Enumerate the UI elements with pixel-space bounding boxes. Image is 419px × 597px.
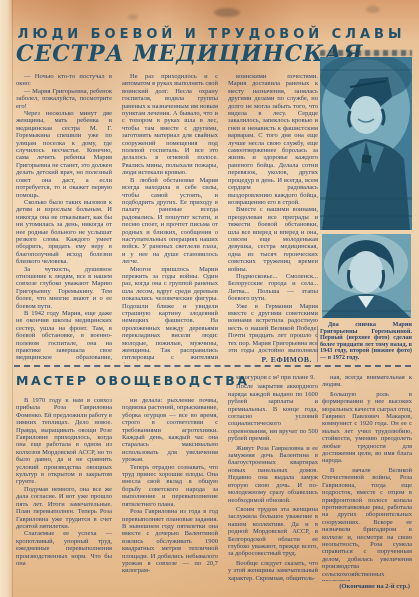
- article1-column-3: воинскими почестями. Мария доставила ран…: [228, 73, 318, 363]
- article2-column-4-text: ная, всегда внимательная к людям.Большую…: [322, 374, 412, 581]
- article2-column-2: ни делала: рыхление почвы, подвязка раст…: [122, 397, 218, 590]
- article2-column-1: В 1970 году к нам в совхоз прибыла Роза …: [16, 397, 112, 590]
- section-kicker: ЛЮДИ БОЕВОЙ И ТРУДОВОЙ СЛАВЫ: [14, 27, 409, 42]
- article1-column-3-text: воинскими почестями. Мария доставила ран…: [228, 73, 318, 353]
- photo-caption: Два снимка Марии Григорьевны Горемыкиной…: [320, 322, 412, 364]
- article1-title: СЕСТРА МЕДИЦИНСКАЯ: [16, 41, 316, 67]
- ink-stain: [366, 6, 380, 13]
- continuation-note: (Окончание на 2-й стр.): [322, 583, 412, 590]
- torn-paper-edge: [0, 0, 13, 597]
- newspaper-page: ЛЮДИ БОЕВОЙ И ТРУДОВОЙ СЛАВЫ СЕСТРА МЕДИ…: [0, 0, 419, 597]
- article1-column-1: — Ночью кто-то постучал в окно:— Мария Г…: [16, 73, 112, 362]
- ink-stain: [214, 8, 240, 17]
- photo-1972-portrait: [322, 234, 411, 318]
- article1-byline: Р. ЕФИМОВ.: [228, 356, 318, 363]
- column-rule: [317, 326, 318, 362]
- article-divider-rule: [14, 365, 411, 367]
- ink-stain: [128, 14, 138, 20]
- photo-1943-portrait: [320, 57, 412, 230]
- article2-title: МАСТЕР ОВОЩЕВОДСТВА: [16, 373, 220, 388]
- article2-column-4: ная, всегда внимательная к людям.Большую…: [322, 374, 412, 590]
- article2-column-3: ма огурцов с м² при плане 9.После закрыт…: [228, 374, 318, 590]
- ink-smudge: [320, 50, 412, 56]
- article1-column-2: Не раз приходилось и с автоматом в руках…: [122, 73, 218, 363]
